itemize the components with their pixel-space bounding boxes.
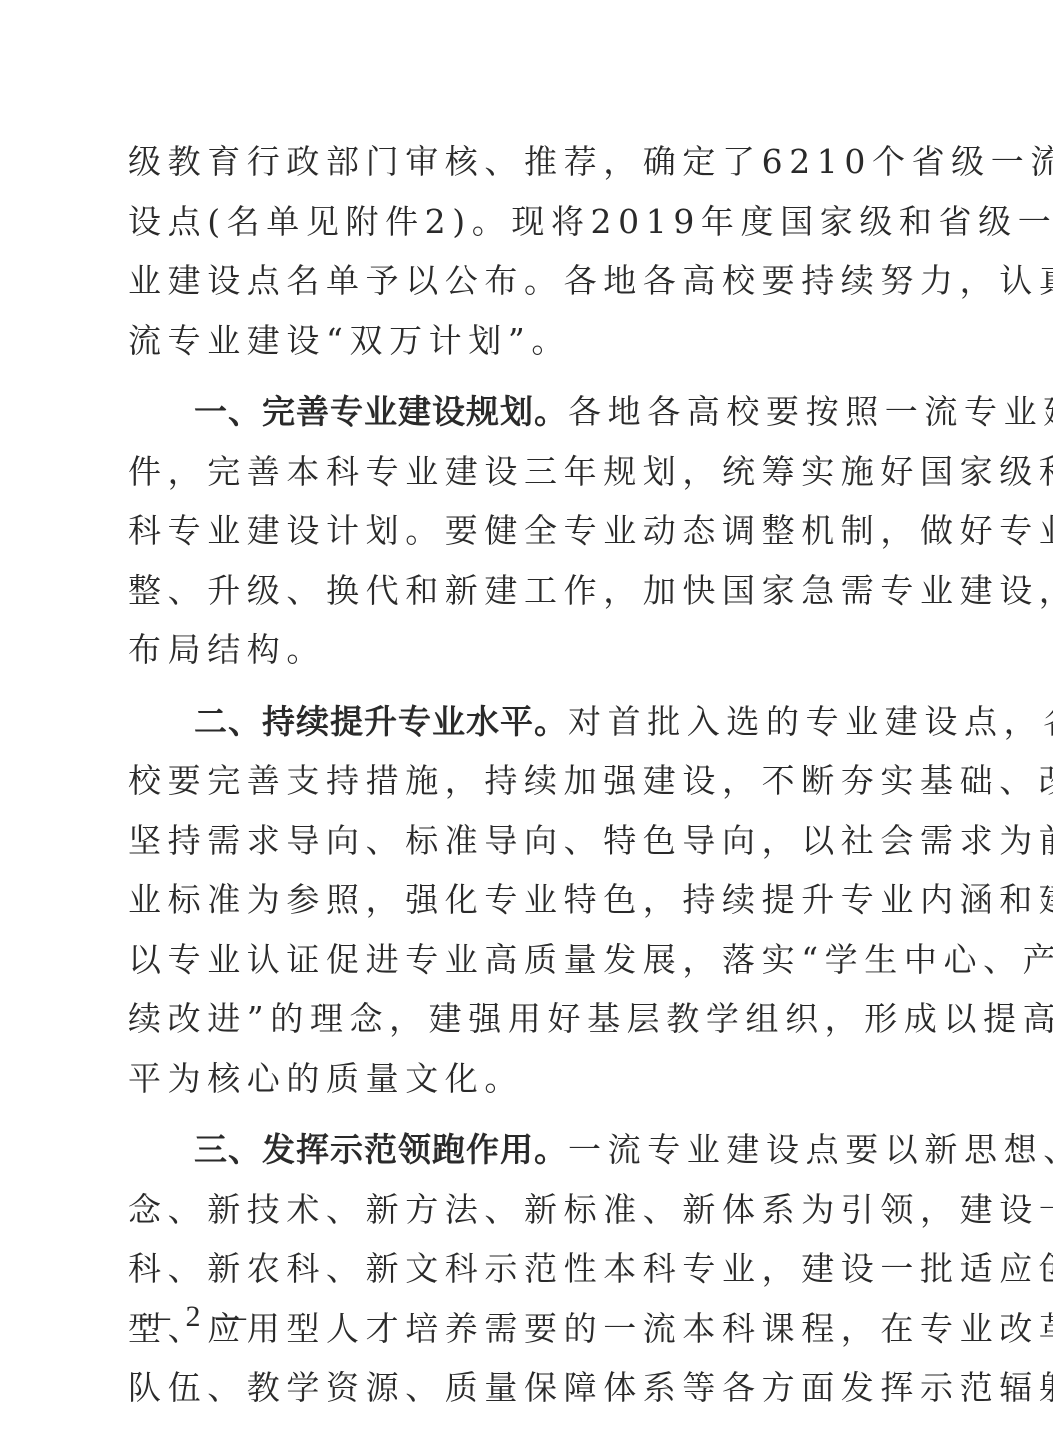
text-line: 校要完善支持措施，持续加强建设，不断夯实基础、改善条件。要	[128, 751, 923, 811]
text-line: 续改进”的理念，建强用好基层教学组织，形成以提高人才培养水	[128, 989, 923, 1049]
document-page: 级教育行政部门审核、推荐，确定了6210个省级一流本科专业建 设点(名单见附件2…	[128, 132, 923, 1418]
text-line: 流专业建设“双万计划”。	[128, 311, 923, 371]
section-first-line-text: 对首批入选的专业建设点，各地各高	[568, 702, 1053, 741]
text-line: 队伍、教学资源、质量保障体系等各方面发挥示范辐射作用。	[128, 1358, 923, 1418]
section-first-line: 二、持续提升专业水平。对首批入选的专业建设点，各地各高	[128, 692, 923, 752]
text-line: 以专业认证促进专业高质量发展，落实“学生中心、产出导向、持	[128, 930, 923, 990]
text-line: 业建设点名单予以公布。各地各高校要持续努力，认真实施好一	[128, 251, 923, 311]
text-line: 级教育行政部门审核、推荐，确定了6210个省级一流本科专业建	[128, 132, 923, 192]
text-line: 件，完善本科专业建设三年规划，统筹实施好国家级和省级一流本	[128, 442, 923, 502]
page-number: — 2 —	[140, 1300, 250, 1334]
section-heading: 一、完善专业建设规划。	[194, 392, 568, 431]
section-3-paragraph: 三、发挥示范领跑作用。一流专业建设点要以新思想、新理 念、新技术、新方法、新标准…	[128, 1120, 923, 1418]
text-line: 布局结构。	[128, 620, 923, 680]
text-line: 平为核心的质量文化。	[128, 1049, 923, 1109]
section-heading: 二、持续提升专业水平。	[194, 702, 568, 741]
section-2-paragraph: 二、持续提升专业水平。对首批入选的专业建设点，各地各高 校要完善支持措施，持续加…	[128, 692, 923, 1109]
text-line: 科专业建设计划。要健全专业动态调整机制，做好专业优化、调	[128, 501, 923, 561]
section-first-line-text: 一流专业建设点要以新思想、新理	[568, 1130, 1053, 1169]
section-first-line: 三、发挥示范领跑作用。一流专业建设点要以新思想、新理	[128, 1120, 923, 1180]
section-heading: 三、发挥示范领跑作用。	[194, 1130, 568, 1169]
text-line: 整、升级、换代和新建工作，加快国家急需专业建设，持续改进专业	[128, 561, 923, 621]
section-1-paragraph: 一、完善专业建设规划。各地各高校要按照一流专业建设条 件，完善本科专业建设三年规…	[128, 382, 923, 680]
text-line: 科、新农科、新文科示范性本科专业，建设一批适应创新型、复合	[128, 1239, 923, 1299]
text-line: 念、新技术、新方法、新标准、新体系为引领，建设一批新工科、新医	[128, 1180, 923, 1240]
text-line: 坚持需求导向、标准导向、特色导向，以社会需求为前提，以一流专	[128, 811, 923, 871]
text-line: 设点(名单见附件2)。现将2019年度国家级和省级一流本科专	[128, 192, 923, 252]
section-first-line-text: 各地各高校要按照一流专业建设条	[568, 392, 1053, 431]
section-first-line: 一、完善专业建设规划。各地各高校要按照一流专业建设条	[128, 382, 923, 442]
intro-paragraph: 级教育行政部门审核、推荐，确定了6210个省级一流本科专业建 设点(名单见附件2…	[128, 132, 923, 370]
text-line: 业标准为参照，强化专业特色，持续提升专业内涵和建设水平。要	[128, 870, 923, 930]
